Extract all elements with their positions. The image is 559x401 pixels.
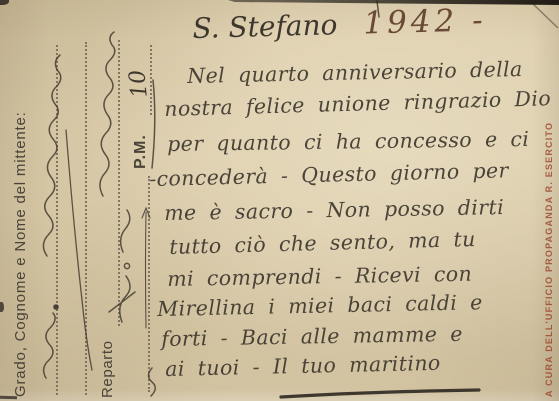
handwritten-reparto-cross bbox=[109, 292, 135, 312]
degree-mark bbox=[124, 263, 129, 268]
scan-speck-left bbox=[0, 302, 4, 312]
pen-stroke-arrow bbox=[142, 208, 150, 328]
stray-pen-mark bbox=[377, 1, 379, 17]
postcard-scan: Grado, Cognome e Nome del mittente: Repa… bbox=[0, 0, 559, 401]
pen-stroke-pm bbox=[152, 80, 155, 168]
pen-mark-bottom bbox=[149, 368, 156, 396]
handwritten-sender-scribble-lower bbox=[44, 313, 55, 378]
scan-edge-bottom-left bbox=[0, 396, 17, 400]
ink-blot bbox=[53, 304, 59, 310]
signature-underline bbox=[281, 390, 479, 397]
handwritten-reparto-scribble bbox=[100, 32, 115, 196]
handwritten-reparto-entry-2 bbox=[121, 210, 130, 252]
card-edge-crease bbox=[531, 2, 558, 28]
pen-marks-overlay bbox=[0, 0, 559, 401]
handwritten-sender-scribble bbox=[43, 55, 60, 256]
pen-flourish bbox=[66, 130, 92, 370]
